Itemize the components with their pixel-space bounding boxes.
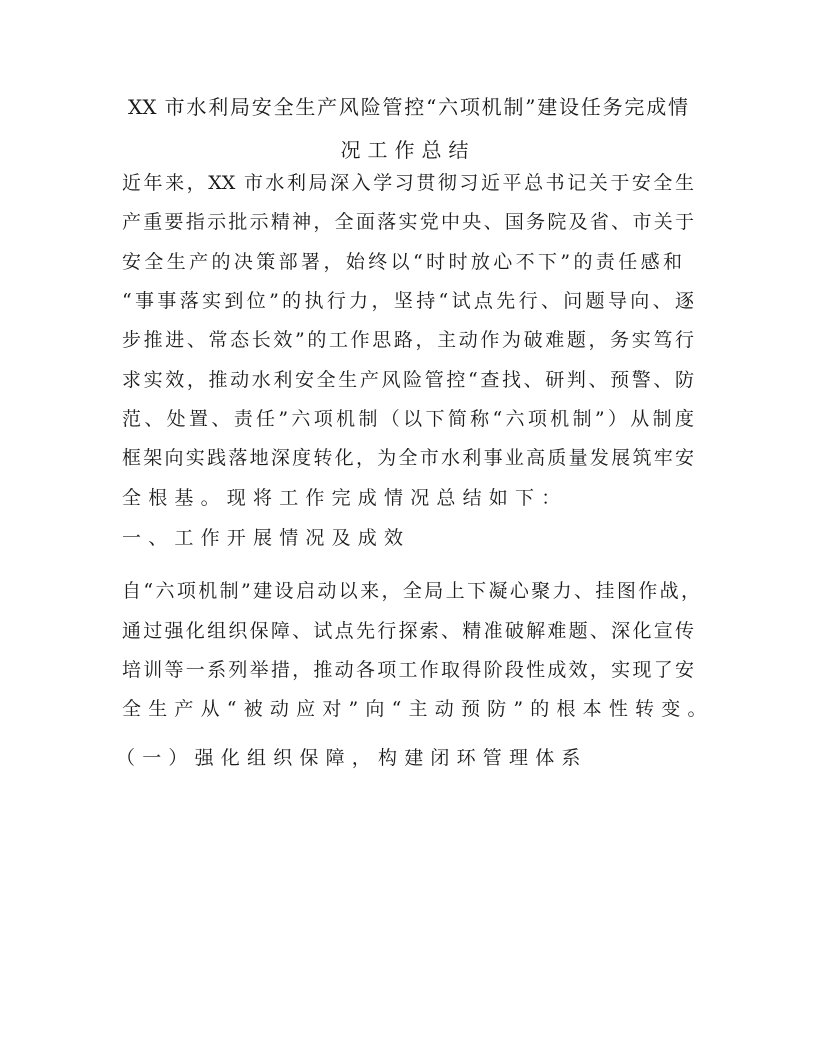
paragraph-line: “事事落实到位”的执行力，坚持“试点先行、问题导向、逐 [122, 287, 694, 315]
paragraph-line: 自“六项机制”建设启动以来，全局上下凝心聚力、挂图作战， [122, 577, 700, 605]
paragraph-line: 范、处置、责任”六项机制（以下简称“六项机制”）从制度 [122, 405, 694, 433]
section-heading-1: 一、工作开展情况及成效 [122, 524, 410, 552]
paragraph-line: 近年来，XX 市水利局深入学习贯彻习近平总书记关于安全生 [122, 169, 694, 197]
document-page: XX 市水利局安全生产风险管控“六项机制”建设任务完成情 况工作总结 近年来，X… [0, 0, 816, 1056]
paragraph-line: 求实效，推动水利安全生产风险管控“查找、研判、预警、防 [122, 366, 694, 394]
paragraph-line: 全生产从“被动应对”向“主动预防”的根本性转变。 [122, 695, 694, 723]
paragraph-line: 产重要指示批示精神，全面落实党中央、国务院及省、市关于 [122, 208, 694, 236]
document-title-line-2: 况工作总结 [128, 135, 688, 165]
paragraph-line: 培训等一系列举措，推动各项工作取得阶段性成效，实现了安 [122, 656, 694, 684]
document-title-line-1: XX 市水利局安全生产风险管控“六项机制”建设任务完成情 [128, 92, 688, 122]
paragraph-line: 安全生产的决策部署，始终以“时时放心不下”的责任感和 [122, 248, 682, 276]
paragraph-line: 全根基。现将工作完成情况总结如下： [122, 484, 694, 512]
paragraph-line: 步推进、常态长效”的工作思路，主动作为破难题，务实笃行 [122, 326, 694, 354]
paragraph-line: 框架向实践落地深度转化，为全市水利事业高质量发展筑牢安 [122, 444, 694, 472]
subsection-heading-1: （一）强化组织保障，构建闭环管理体系 [116, 744, 588, 772]
paragraph-line: 通过强化组织保障、试点先行探索、精准破解难题、深化宣传 [122, 617, 694, 645]
